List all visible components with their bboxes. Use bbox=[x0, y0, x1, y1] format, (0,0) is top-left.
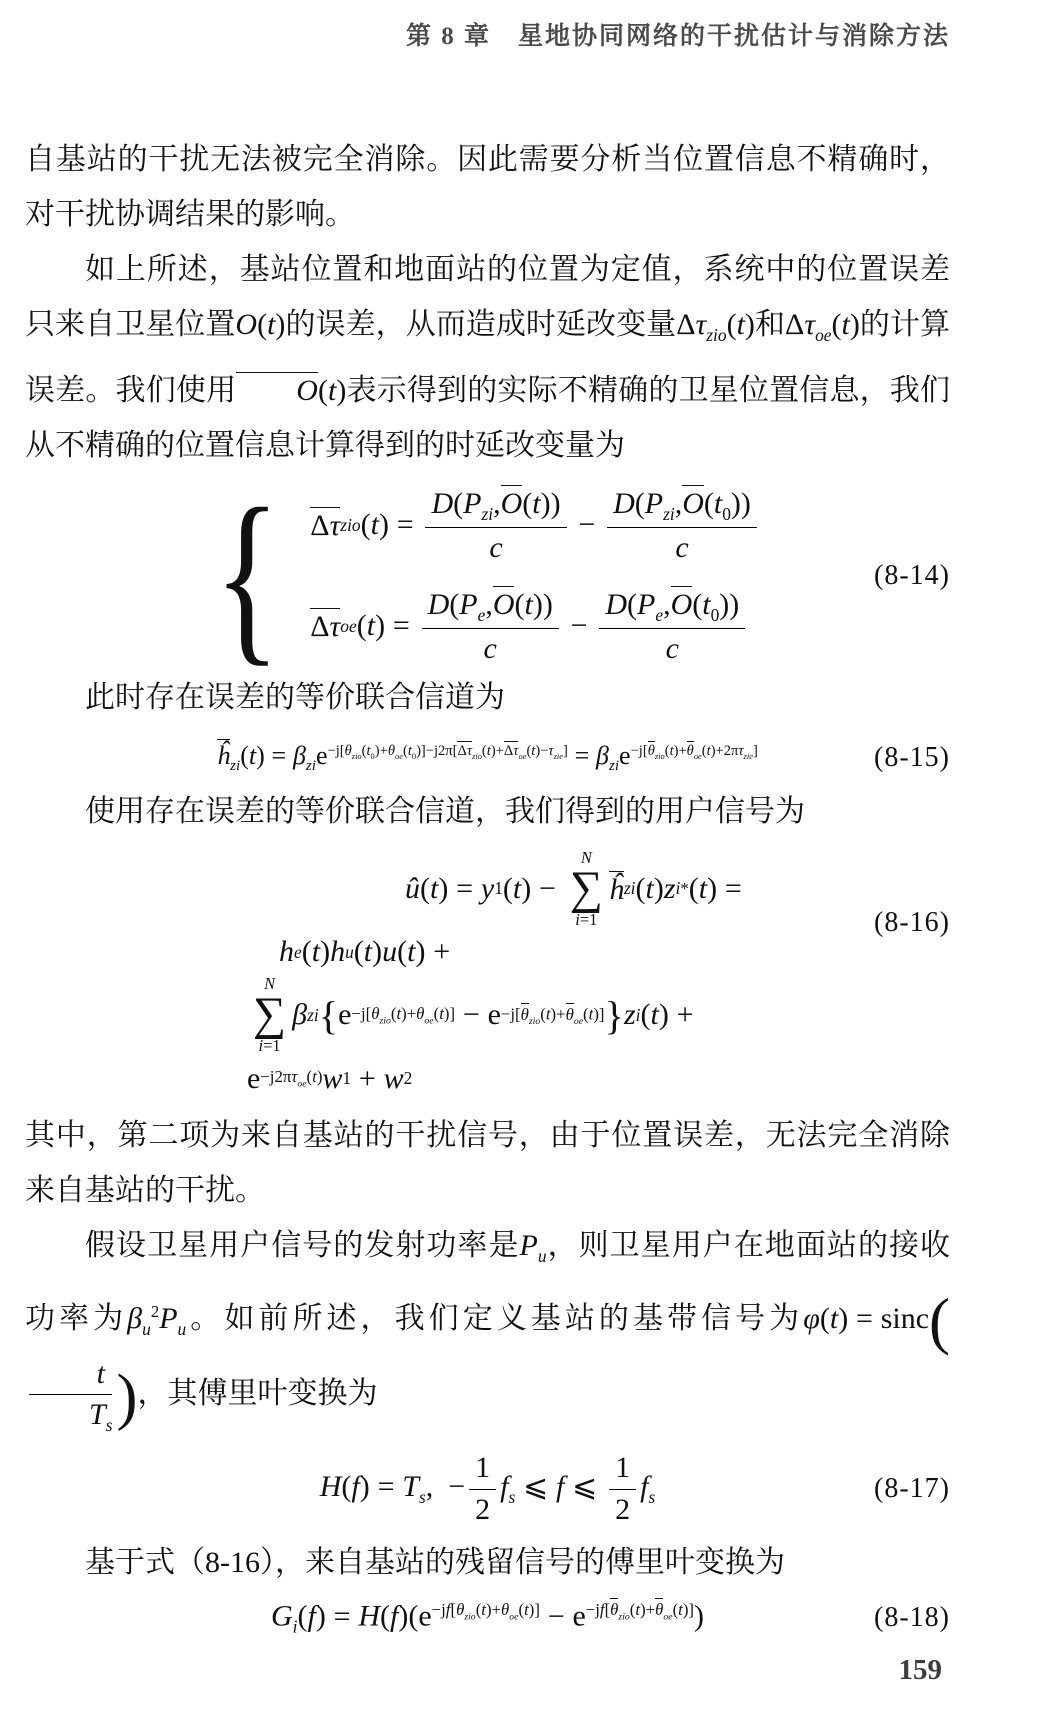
paragraph-intro: 自基站的干扰无法被完全消除。因此需要分析当位置信息不精确时，对干扰协调结果的影响… bbox=[25, 132, 950, 242]
equation-8-16-label: (8-16) bbox=[874, 907, 950, 939]
equation-8-17-math: H(f)=Ts, −12fs⩽f⩽12fs bbox=[320, 1451, 655, 1527]
equation-8-14-math: {Δτzio(t)=D(Pzi,O(t))c−D(Pzi,O(t0))cΔτoe… bbox=[214, 485, 761, 666]
equation-8-15: ĥzi(t)=βzie−j[θzio(t0)+θoe(t0)]−j2π[Δτzi… bbox=[25, 739, 950, 775]
equation-8-17-label: (8-17) bbox=[874, 1473, 950, 1505]
paragraph-second-term: 其中，第二项为来自基站的干扰信号，由于位置误差，无法完全消除来自基站的干扰。 bbox=[25, 1108, 950, 1218]
paragraph-transmit-power: 假设卫星用户信号的发射功率是Pu，则卫星用户在地面站的接收功率为βu2Pu。如前… bbox=[25, 1218, 950, 1436]
equation-8-18: Gi(f)=H(f)(e−jf[θzio(t)+θoe(t)]−e−jf[θzi… bbox=[25, 1598, 950, 1638]
paragraph-equivalent-channel: 此时存在误差的等价联合信道为 bbox=[25, 670, 950, 725]
equation-8-17: H(f)=Ts, −12fs⩽f⩽12fs (8-17) bbox=[25, 1451, 950, 1527]
equation-8-16: û(t)=y1(t)−N∑i=1ĥzi(t)zi*(t)=he(t)hu(t)u… bbox=[25, 843, 950, 1102]
chapter-header: 第 8 章 星地协同网络的干扰估计与消除方法 bbox=[25, 0, 950, 52]
equation-8-18-math: Gi(f)=H(f)(e−jf[θzio(t)+θoe(t)]−e−jf[θzi… bbox=[271, 1598, 704, 1638]
equation-8-14: {Δτzio(t)=D(Pzi,O(t))c−D(Pzi,O(t0))cΔτoe… bbox=[25, 485, 950, 666]
paragraph-user-signal: 使用存在误差的等价联合信道，我们得到的用户信号为 bbox=[25, 784, 950, 839]
paragraph-residual-signal: 基于式（8-16），来自基站的残留信号的傅里叶变换为 bbox=[25, 1535, 950, 1590]
page-number: 159 bbox=[899, 1654, 943, 1687]
equation-8-18-label: (8-18) bbox=[874, 1602, 950, 1634]
equation-8-14-label: (8-14) bbox=[874, 560, 950, 592]
equation-8-15-label: (8-15) bbox=[874, 742, 950, 774]
paragraph-position-error: 如上所述，基站位置和地面站的位置为定值，系统中的位置误差只来自卫星位置O(t)的… bbox=[25, 242, 950, 473]
equation-8-15-math: ĥzi(t)=βzie−j[θzio(t0)+θoe(t0)]−j2π[Δτzi… bbox=[217, 739, 758, 775]
book-page: 第 8 章 星地协同网络的干扰估计与消除方法 自基站的干扰无法被完全消除。因此需… bbox=[0, 0, 1037, 1713]
equation-8-16-math: û(t)=y1(t)−N∑i=1ĥzi(t)zi*(t)=he(t)hu(t)u… bbox=[247, 843, 750, 1102]
